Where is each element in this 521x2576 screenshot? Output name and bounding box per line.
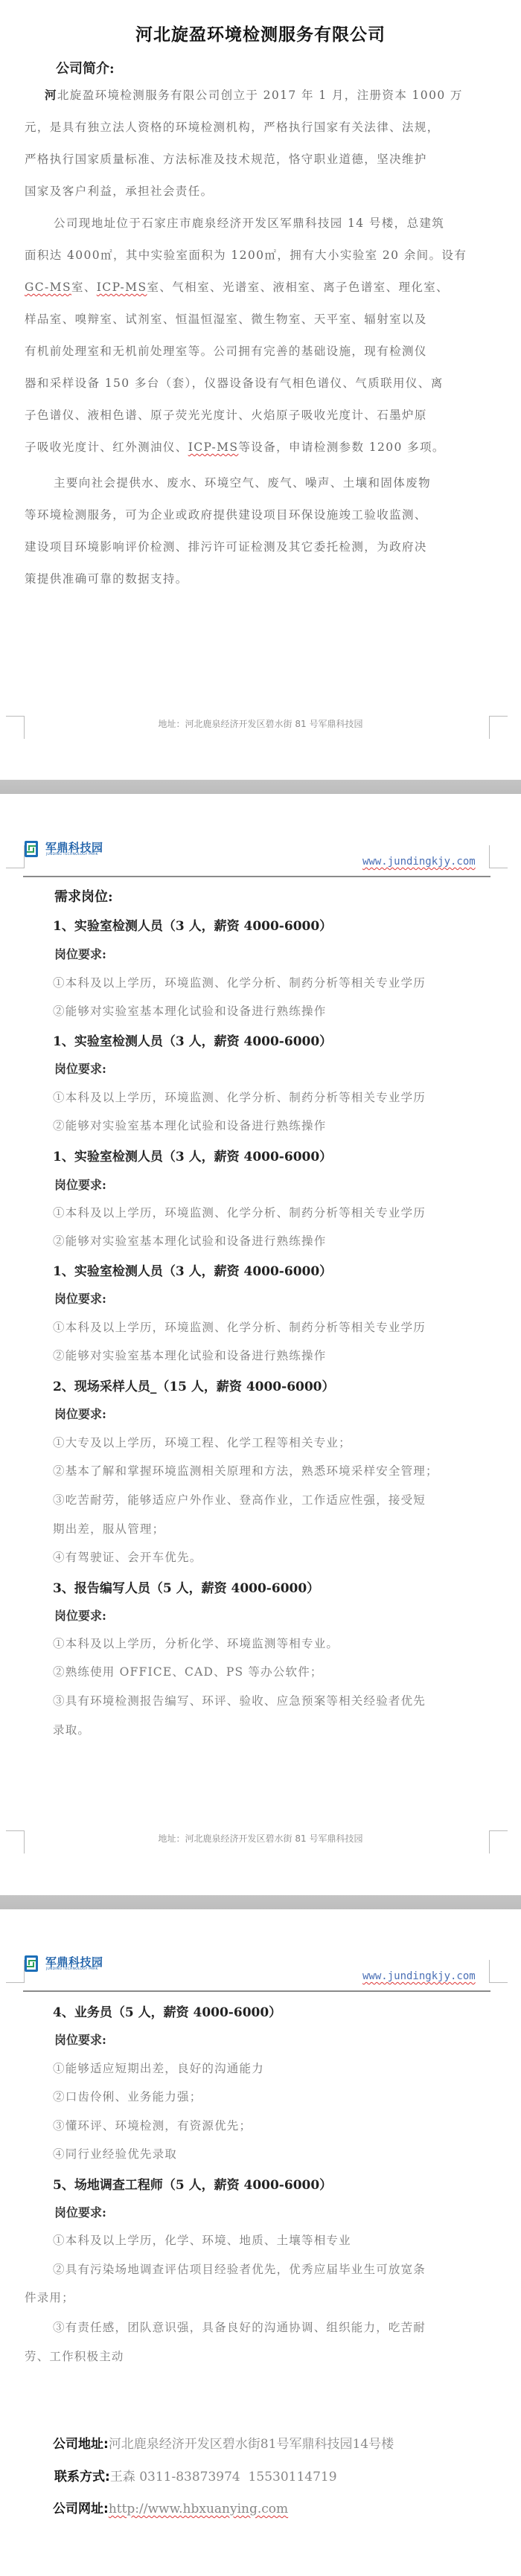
intro-p3-line-4: 策提供准确可靠的数据支持。 xyxy=(25,570,188,586)
req-item: ②能够对实验室基本理化试验和设备进行熟练操作 xyxy=(53,1117,326,1133)
req-label: 岗位要求: xyxy=(54,1606,106,1624)
header-url-link[interactable]: www.jundingkjy.com xyxy=(362,856,476,868)
req-item: ②能够对实验室基本理化试验和设备进行熟练操作 xyxy=(53,1232,326,1249)
term-icpms: ICP-MS xyxy=(188,440,239,454)
req-item: ②基本了解和掌握环境监测相关原理和方法，熟悉环境采样安全管理； xyxy=(53,1462,438,1478)
header-corner-mark xyxy=(6,1960,25,1983)
req-label: 岗位要求: xyxy=(54,1405,106,1422)
header-corner-mark xyxy=(6,845,25,868)
intro-p3-line-2: 等环境检测服务，可为企业或政府提供建设项目环保设施竣工验收监测、 xyxy=(25,506,427,522)
address-value: 河北鹿泉经济开发区碧水街81号军鼎科技园14号楼 xyxy=(109,2437,394,2452)
req-item: 期出差，服从管理； xyxy=(53,1520,164,1537)
drop-char: 河 xyxy=(45,88,57,102)
term-icpms: ICP-MS xyxy=(97,281,147,294)
logo-mark-icon xyxy=(25,841,38,857)
req-item: ③具有环境检测报告编写、环评、验收、应急预案等相关经验者优先 xyxy=(53,1692,426,1708)
req-item: ②能够对实验室基本理化试验和设备进行熟练操作 xyxy=(53,1347,326,1363)
job-title: 1、实验室检测人员（3 人，薪资 4000-6000） xyxy=(53,1146,332,1164)
logo-mark-icon xyxy=(25,1955,38,1972)
header-rule xyxy=(23,876,490,877)
job-title: 1、实验室检测人员（3 人，薪资 4000-6000） xyxy=(53,1260,332,1279)
phone-label: 联系方式: xyxy=(54,2470,110,2484)
address-label: 公司地址: xyxy=(53,2437,109,2452)
intro-p2-line-4: 样品室、嗅辩室、试剂室、恒温恒湿室、微生物室、天平室、辐射室以及 xyxy=(25,310,427,327)
header-corner-mark xyxy=(489,1960,508,1983)
contact-website: 公司网址:http://www.hbxuanying.com xyxy=(53,2498,288,2516)
logo-en-text: JUNDING TECHNOLOGY PARK xyxy=(46,853,98,856)
req-item: ③有责任感，团队意识强，具备良好的沟通协调、组织能力，吃苦耐 xyxy=(53,2319,426,2335)
job-title: 5、场地调查工程师（5 人，薪资 4000-6000） xyxy=(53,2174,332,2193)
intro-p2-line-8: 子吸收光度计、红外测油仪、ICP-MS等设备，申请检测参数 1200 多项。 xyxy=(25,438,445,455)
website-link[interactable]: http://www.hbxuanying.com xyxy=(109,2502,288,2516)
req-item: ①本科及以上学历，环境监测、化学分析、制药分析等相关专业学历 xyxy=(53,974,426,990)
jobs-heading: 需求岗位: xyxy=(54,886,113,906)
logo-en-text: JUNDING TECHNOLOGY PARK xyxy=(46,1967,98,1971)
req-item: ②口齿伶俐、业务能力强； xyxy=(53,2088,202,2104)
req-item: ①本科及以上学历，分析化学、环境监测等相专业。 xyxy=(53,1635,339,1651)
req-item: ②能够对实验室基本理化试验和设备进行熟练操作 xyxy=(53,1002,326,1019)
req-item: ③吃苦耐劳，能够适应户外作业、登高作业，工作适应性强，接受短 xyxy=(53,1491,426,1508)
intro-p2-line-7: 子色谱仪、液相色谱、原子荧光光度计、火焰原子吸收光度计、石墨炉原 xyxy=(25,406,427,423)
junding-logo: 军鼎科技园 JUNDING TECHNOLOGY PARK xyxy=(25,841,110,860)
req-item: ②具有污染场地调查评估项目经验者优先，优秀应届毕业生可放宽条 xyxy=(53,2261,426,2277)
text: 子吸收光度计、红外测油仪、 xyxy=(25,440,188,454)
job-title: 2、现场采样人员_（15 人，薪资 4000-6000） xyxy=(53,1376,335,1394)
contact-address: 公司地址:河北鹿泉经济开发区碧水街81号军鼎科技园14号楼 xyxy=(53,2433,394,2452)
req-label: 岗位要求: xyxy=(54,1176,106,1193)
req-item: 录取。 xyxy=(53,1721,90,1737)
req-label: 岗位要求: xyxy=(54,945,106,962)
job-title: 3、报告编写人员（5 人，薪资 4000-6000） xyxy=(53,1577,319,1596)
company-title: 河北旋盈环境检测服务有限公司 xyxy=(0,21,521,45)
header-url-link[interactable]: www.jundingkjy.com xyxy=(362,1970,476,1982)
text: 北旋盈环境检测服务有限公司创立于 2017 年 1 月，注册资本 1000 万 xyxy=(57,89,463,102)
header-corner-mark xyxy=(489,845,508,868)
req-item: ④有驾驶证、会开车优先。 xyxy=(53,1548,202,1565)
intro-p1-line-3: 严格执行国家质量标准、方法标准及技术规范，恪守职业道德，坚决维护 xyxy=(25,150,427,167)
req-item: 劳、工作积极主动 xyxy=(25,2348,124,2364)
intro-heading: 公司简介: xyxy=(56,58,115,77)
req-label: 岗位要求: xyxy=(54,1060,106,1077)
contact-phone: 联系方式:王森 0311-83873974 15530114719 xyxy=(54,2466,337,2484)
req-item: ①大专及以上学历，环境工程、化学工程等相关专业； xyxy=(53,1434,351,1450)
req-item: ③懂环评、环境检测，有资源优先； xyxy=(53,2117,252,2133)
text: 等设备，申请检测参数 1200 多项。 xyxy=(238,440,444,454)
intro-p2-line-5: 有机前处理室和无机前处理室等。公司拥有完善的基础设施，现有检测仪 xyxy=(25,342,427,359)
req-item: ①本科及以上学历，环境监测、化学分析、制药分析等相关专业学历 xyxy=(53,1319,426,1335)
intro-p1-line-2: 元，是具有独立法人资格的环境检测机构，严格执行国家有关法律、法规， xyxy=(25,118,440,135)
page1-footer-address: 地址：河北鹿泉经济开发区碧水街 81 号军鼎科技园 xyxy=(0,717,521,730)
page-separator xyxy=(0,780,521,794)
req-label: 岗位要求: xyxy=(54,1289,106,1307)
req-item: ②熟练使用 OFFICE、CAD、PS 等办公软件； xyxy=(53,1663,323,1679)
text: 室、气相室、光谱室、液相室、离子色谱室、理化室、 xyxy=(147,281,449,294)
intro-p1-line-1: 河北旋盈环境检测服务有限公司创立于 2017 年 1 月，注册资本 1000 万 xyxy=(45,86,463,103)
intro-p3-line-3: 建设项目环境影响评价检测、排污许可证检测及其它委托检测，为政府决 xyxy=(25,538,427,554)
intro-p2-line-6: 器和采样设备 150 多台（套），仪器设备设有气相色谱仪、气质联用仪、离 xyxy=(25,374,444,391)
intro-p2-line-3: GC-MS室、ICP-MS室、气相室、光谱室、液相室、离子色谱室、理化室、 xyxy=(25,278,449,295)
req-label: 岗位要求: xyxy=(54,2031,106,2048)
page2-footer-address: 地址：河北鹿泉经济开发区碧水街 81 号军鼎科技园 xyxy=(0,1832,521,1845)
intro-p3-line-1: 主要向社会提供水、废水、环境空气、废气、噪声、土壤和固体废物 xyxy=(54,474,431,490)
junding-logo: 军鼎科技园 JUNDING TECHNOLOGY PARK xyxy=(25,1955,110,1975)
req-item: 件录用； xyxy=(25,2289,74,2305)
phone-value: 王森 0311-83873974 15530114719 xyxy=(110,2470,337,2484)
text: 室、 xyxy=(71,281,97,294)
page-separator xyxy=(0,1895,521,1909)
req-item: ④同行业经验优先录取 xyxy=(53,2145,177,2162)
req-item: ①能够适应短期出差，良好的沟通能力 xyxy=(53,2060,264,2076)
intro-p2-line-1: 公司现地址位于石家庄市鹿泉经济开发区军鼎科技园 14 号楼，总建筑 xyxy=(54,214,444,231)
req-item: ①本科及以上学历，环境监测、化学分析、制药分析等相关专业学历 xyxy=(53,1204,426,1220)
req-label: 岗位要求: xyxy=(54,2203,106,2220)
job-title: 1、实验室检测人员（3 人，薪资 4000-6000） xyxy=(53,915,332,934)
intro-p2-line-2: 面积达 4000㎡，其中实验室面积为 1200㎡，拥有大小实验室 20 余间。设… xyxy=(25,246,467,263)
header-rule xyxy=(23,1990,490,1992)
job-title: 4、业务员（5 人，薪资 4000-6000） xyxy=(53,2002,281,2020)
intro-p1-line-4: 国家及客户利益，承担社会责任。 xyxy=(25,182,214,199)
website-label: 公司网址: xyxy=(53,2502,109,2516)
req-item: ①本科及以上学历，环境监测、化学分析、制药分析等相关专业学历 xyxy=(53,1089,426,1105)
term-gcms: GC-MS xyxy=(25,281,71,294)
req-item: ①本科及以上学历，化学、环境、地质、土壤等相专业 xyxy=(53,2231,351,2248)
job-title: 1、实验室检测人员（3 人，薪资 4000-6000） xyxy=(53,1031,332,1049)
